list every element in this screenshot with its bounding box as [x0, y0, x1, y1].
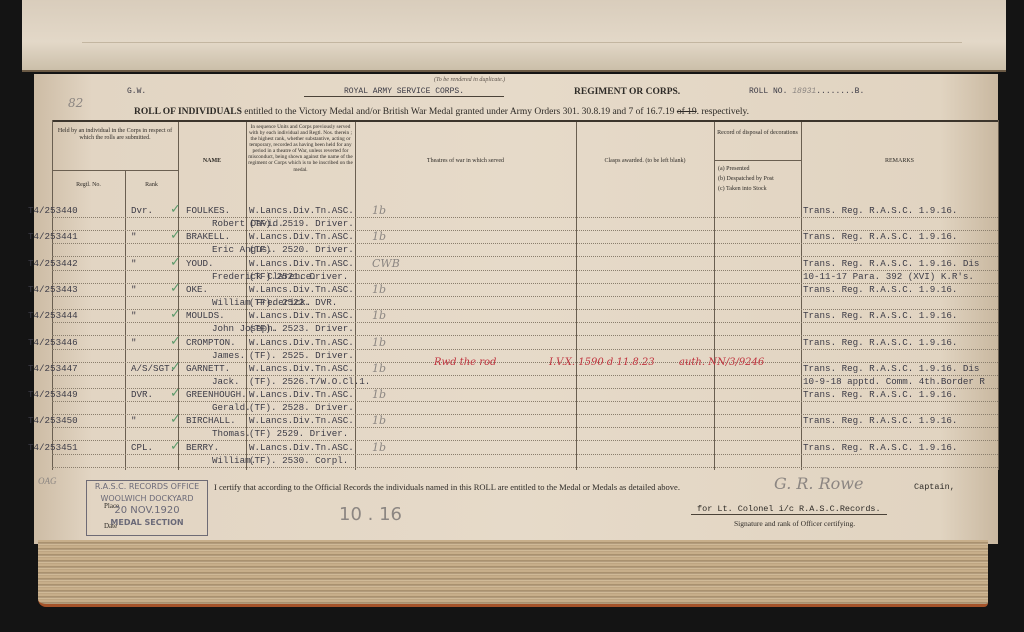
rank: ": [131, 231, 137, 242]
regtl-number: T4/253442: [28, 258, 78, 269]
unit-line-1: W.Lancs.Div.Tn.ASC.: [249, 258, 354, 269]
header-regtl-no: Regtl. No.: [52, 182, 125, 189]
surname: BIRCHALL.: [186, 415, 236, 426]
margin-mark: OAG: [38, 476, 57, 486]
unit-line-2: (TF). 2519. Driver.: [249, 218, 354, 229]
forenames: Gerald.: [212, 402, 251, 413]
forenames: James.: [212, 350, 245, 361]
regtl-number: T4/253443: [28, 284, 78, 295]
red-annotation-1: Rwd the rod: [434, 357, 496, 368]
header-held-by: Held by an individual in the Corps in re…: [54, 128, 176, 142]
check-mark-icon: ✓: [170, 412, 181, 427]
remarks-line-1: Trans. Reg. R.A.S.C. 1.9.16.: [803, 415, 957, 426]
header-rank: Rank: [125, 182, 178, 189]
rank: ": [131, 310, 137, 321]
roll-title: ROLL OF INDIVIDUALS entitled to the Vict…: [134, 107, 749, 117]
rank: DVR.: [131, 389, 153, 400]
red-annotation-3: auth. NN/3/9246: [679, 357, 764, 368]
header-units: In sequence Units and Corps previously s…: [248, 124, 353, 173]
unit-line-2: (TF). 2528. Driver.: [249, 402, 354, 413]
corner-mark: 82: [68, 96, 83, 110]
theatre-mark: 1b: [372, 204, 386, 217]
unit-line-2: (TF) 2529. Driver.: [249, 428, 348, 439]
theatre-mark: 1b: [372, 336, 386, 349]
roll-suffix: B.: [855, 87, 865, 96]
forenames: Jack.: [212, 376, 240, 387]
unit-line-1: W.Lancs.Div.Tn.ASC.: [249, 415, 354, 426]
surname: FOULKES.: [186, 205, 230, 216]
check-mark-icon: ✓: [170, 228, 181, 243]
pencil-note: 10 . 16: [339, 504, 402, 525]
remarks-line-1: Trans. Reg. R.A.S.C. 1.9.16. Dis: [803, 258, 979, 269]
title-rest: entitled to the Victory Medal and/or Bri…: [244, 107, 674, 117]
title-bold: ROLL OF INDIVIDUALS: [134, 107, 242, 117]
theatre-mark: 1b: [372, 388, 386, 401]
check-mark-icon: ✓: [170, 386, 181, 401]
theatre-mark: 1b: [372, 230, 386, 243]
unit-line-2: (TF). 2526.T/W.O.Cl.1.: [249, 376, 370, 387]
theatre-mark: 1b: [372, 309, 386, 322]
red-annotation-2: I.V.X. 1590 d 11.8.23: [549, 357, 655, 368]
remarks-line-1: Trans. Reg. R.A.S.C. 1.9.16.: [803, 337, 957, 348]
book-page-edges: [38, 540, 988, 607]
signature: G. R. Rowe: [774, 474, 863, 493]
regiment-label: REGIMENT OR CORPS.: [574, 87, 680, 97]
check-mark-icon: ✓: [170, 307, 181, 322]
roll-number-field: ROLL NO. 18931........B.: [749, 87, 864, 96]
forenames: Thomas.: [212, 428, 251, 439]
stamp-line-2: WOOLWICH DOCKYARD: [87, 493, 207, 505]
form-code: G.W.: [127, 87, 146, 96]
rank: A/S/SGT.: [131, 363, 175, 374]
surname: MOULDS.: [186, 310, 225, 321]
unit-line-2: (TF). 2522. DVR.: [249, 297, 337, 308]
unit-line-1: W.Lancs.Div.Tn.ASC.: [249, 442, 354, 453]
check-mark-icon: ✓: [170, 281, 181, 296]
surname: GARNETT.: [186, 363, 230, 374]
roll-number: 18931: [792, 87, 816, 96]
rank: ": [131, 258, 137, 269]
surname: YOUD.: [186, 258, 214, 269]
disposal-c: (c) Taken into Stock: [718, 186, 767, 193]
stamp-line-4: MEDAL SECTION: [87, 517, 207, 529]
unit-line-1: W.Lancs.Div.Tn.ASC.: [249, 231, 354, 242]
regtl-number: T4/253440: [28, 205, 78, 216]
regtl-number: T4/253449: [28, 389, 78, 400]
remarks-line-1: Trans. Reg. R.A.S.C. 1.9.16.: [803, 310, 957, 321]
check-mark-icon: ✓: [170, 202, 181, 217]
unit-line-2: (TF). 2530. Corpl.: [249, 455, 348, 466]
rank: ": [131, 415, 137, 426]
unit-line-1: W.Lancs.Div.Tn.ASC.: [249, 337, 354, 348]
stamp-line-1: R.A.S.C. RECORDS OFFICE: [87, 481, 207, 493]
remarks-line-1: Trans. Reg. R.A.S.C. 1.9.16.: [803, 389, 957, 400]
rank: Dvr.: [131, 205, 153, 216]
remarks-line-1: Trans. Reg. R.A.S.C. 1.9.16. Dis: [803, 363, 979, 374]
rank: ": [131, 337, 137, 348]
surname: BRAKELL.: [186, 231, 230, 242]
theatre-mark: 1b: [372, 283, 386, 296]
disposal-b: (b) Despatched by Post: [718, 176, 774, 183]
header-remarks: REMARKS: [801, 158, 998, 165]
unit-line-2: (TF).2521. Driver.: [249, 271, 348, 282]
header-theatres: Theatres of war in which served: [355, 158, 576, 165]
regtl-number: T4/253451: [28, 442, 78, 453]
unit-line-2: (TF). 2525. Driver.: [249, 350, 354, 361]
surname: BERRY.: [186, 442, 219, 453]
medal-roll-page: (To be rendered in duplicate.) G.W. ROYA…: [34, 74, 998, 544]
signature-caption: Signature and rank of Officer certifying…: [734, 519, 855, 528]
surname: GREENHOUGH.: [186, 389, 247, 400]
check-mark-icon: ✓: [170, 255, 181, 270]
unit-line-1: W.Lancs.Div.Tn.ASC.: [249, 310, 354, 321]
theatre-mark: 1b: [372, 441, 386, 454]
unit-line-1: W.Lancs.Div.Tn.ASC.: [249, 389, 354, 400]
title-end: . respectively.: [697, 107, 749, 117]
header-disposal: Record of disposal of decorations: [714, 130, 801, 137]
check-mark-icon: ✓: [170, 439, 181, 454]
unit-line-1: W.Lancs.Div.Tn.ASC.: [249, 363, 354, 374]
remarks-line-1: Trans. Reg. R.A.S.C. 1.9.16.: [803, 231, 957, 242]
unit-line-1: W.Lancs.Div.Tn.ASC.: [249, 284, 354, 295]
remarks-line-1: Trans. Reg. R.A.S.C. 1.9.16.: [803, 205, 957, 216]
duplicate-note: (To be rendered in duplicate.): [434, 77, 505, 83]
unit-line-1: W.Lancs.Div.Tn.ASC.: [249, 205, 354, 216]
check-mark-icon: ✓: [170, 334, 181, 349]
unit-line-2: (TF). 2523. Driver.: [249, 323, 354, 334]
rank: CPL.: [131, 442, 153, 453]
regtl-number: T4/253441: [28, 231, 78, 242]
check-mark-icon: ✓: [170, 360, 181, 375]
disposal-a: (a) Presented: [718, 166, 750, 173]
theatre-mark: 1b: [372, 362, 386, 375]
header-name: NAME: [178, 158, 246, 165]
corps-name: ROYAL ARMY SERVICE CORPS.: [304, 87, 504, 97]
surname: CROMPTON.: [186, 337, 236, 348]
theatre-mark: CWB: [372, 257, 400, 270]
remarks-line-1: Trans. Reg. R.A.S.C. 1.9.16.: [803, 284, 957, 295]
remarks-line-2: 10-11-17 Para. 392 (XVI) K.R's.: [803, 271, 974, 282]
officer-rank: Captain,: [914, 482, 955, 492]
for-line: for Lt. Colonel i/c R.A.S.C.Records.: [691, 504, 887, 515]
remarks-line-2: 10-9-18 apptd. Comm. 4th.Border R: [803, 376, 985, 387]
remarks-line-1: Trans. Reg. R.A.S.C. 1.9.16.: [803, 442, 957, 453]
table-top-rule: [52, 120, 998, 122]
unit-line-2: (TF). 2520. Driver.: [249, 244, 354, 255]
regtl-number: T4/253444: [28, 310, 78, 321]
previous-page: [22, 0, 1006, 72]
regtl-number: T4/253450: [28, 415, 78, 426]
certification-text: I certify that according to the Official…: [214, 482, 680, 492]
theatre-mark: 1b: [372, 414, 386, 427]
header-clasps: Clasps awarded. (to be left blank): [576, 158, 714, 165]
records-office-stamp: R.A.S.C. RECORDS OFFICE WOOLWICH DOCKYAR…: [86, 480, 208, 536]
stamp-date: 20 NOV.1920: [87, 505, 207, 517]
regtl-number: T4/253446: [28, 337, 78, 348]
regtl-number: T4/253447: [28, 363, 78, 374]
surname: OKE.: [186, 284, 208, 295]
title-struck: of 19: [677, 107, 697, 117]
roll-label: ROLL NO.: [749, 87, 787, 96]
rank: ": [131, 284, 137, 295]
